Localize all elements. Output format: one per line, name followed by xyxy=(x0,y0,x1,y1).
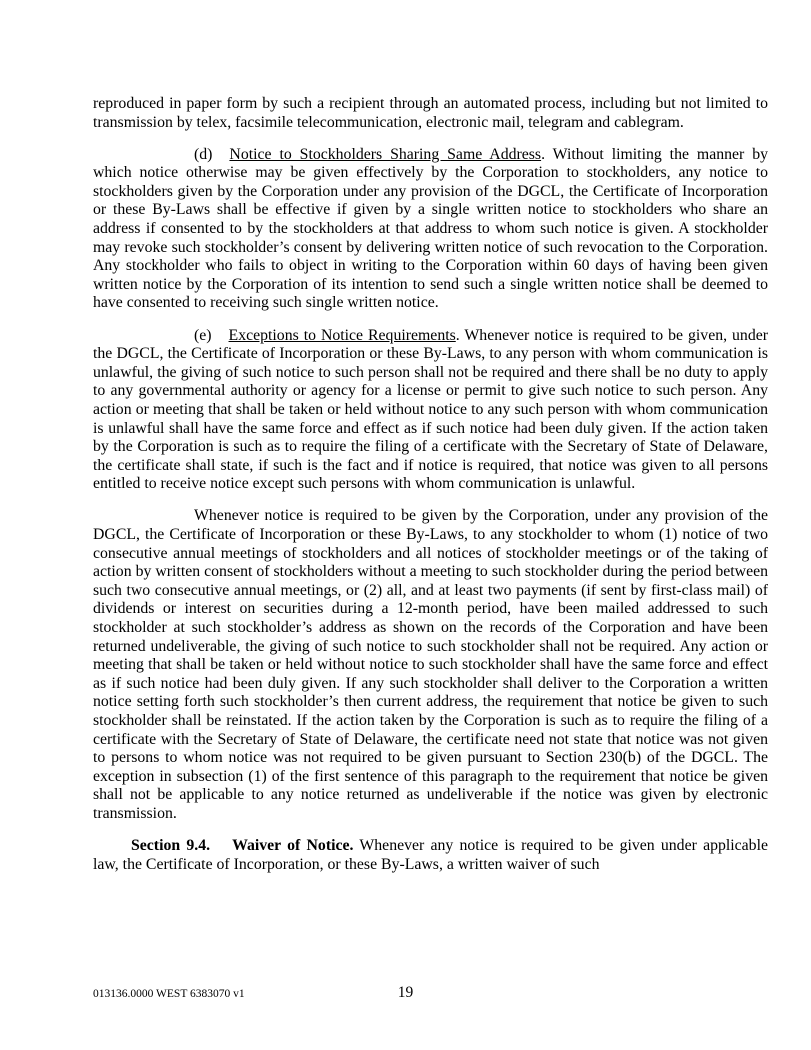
paragraph-whenever-notice-text: Whenever notice is required to be given … xyxy=(93,507,768,822)
subsection-d-heading: Notice to Stockholders Sharing Same Addr… xyxy=(229,146,541,163)
subsection-e-text: . Whenever notice is required to be give… xyxy=(93,327,768,493)
paragraph-subsection-d: (d)Notice to Stockholders Sharing Same A… xyxy=(93,146,768,313)
page-number: 19 xyxy=(0,984,811,1002)
subsection-d-text: . Without limiting the manner by which n… xyxy=(93,146,768,312)
document-page: reproduced in paper form by such a recip… xyxy=(0,0,811,1050)
subsection-d-label: (d) xyxy=(194,146,212,163)
page-body: reproduced in paper form by such a recip… xyxy=(93,95,768,874)
section-9-4-heading: Waiver of Notice. xyxy=(232,837,353,854)
paragraph-whenever-notice: Whenever notice is required to be given … xyxy=(93,507,768,823)
subsection-e-label: (e) xyxy=(194,327,212,344)
paragraph-section-9-4: Section 9.4.Waiver of Notice. Whenever a… xyxy=(93,837,768,874)
subsection-e-heading: Exceptions to Notice Requirements xyxy=(229,327,456,344)
paragraph-continuation-text: reproduced in paper form by such a recip… xyxy=(93,95,768,131)
paragraph-continuation: reproduced in paper form by such a recip… xyxy=(93,95,768,132)
paragraph-subsection-e: (e)Exceptions to Notice Requirements. Wh… xyxy=(93,327,768,494)
section-9-4-label: Section 9.4. xyxy=(131,837,210,854)
